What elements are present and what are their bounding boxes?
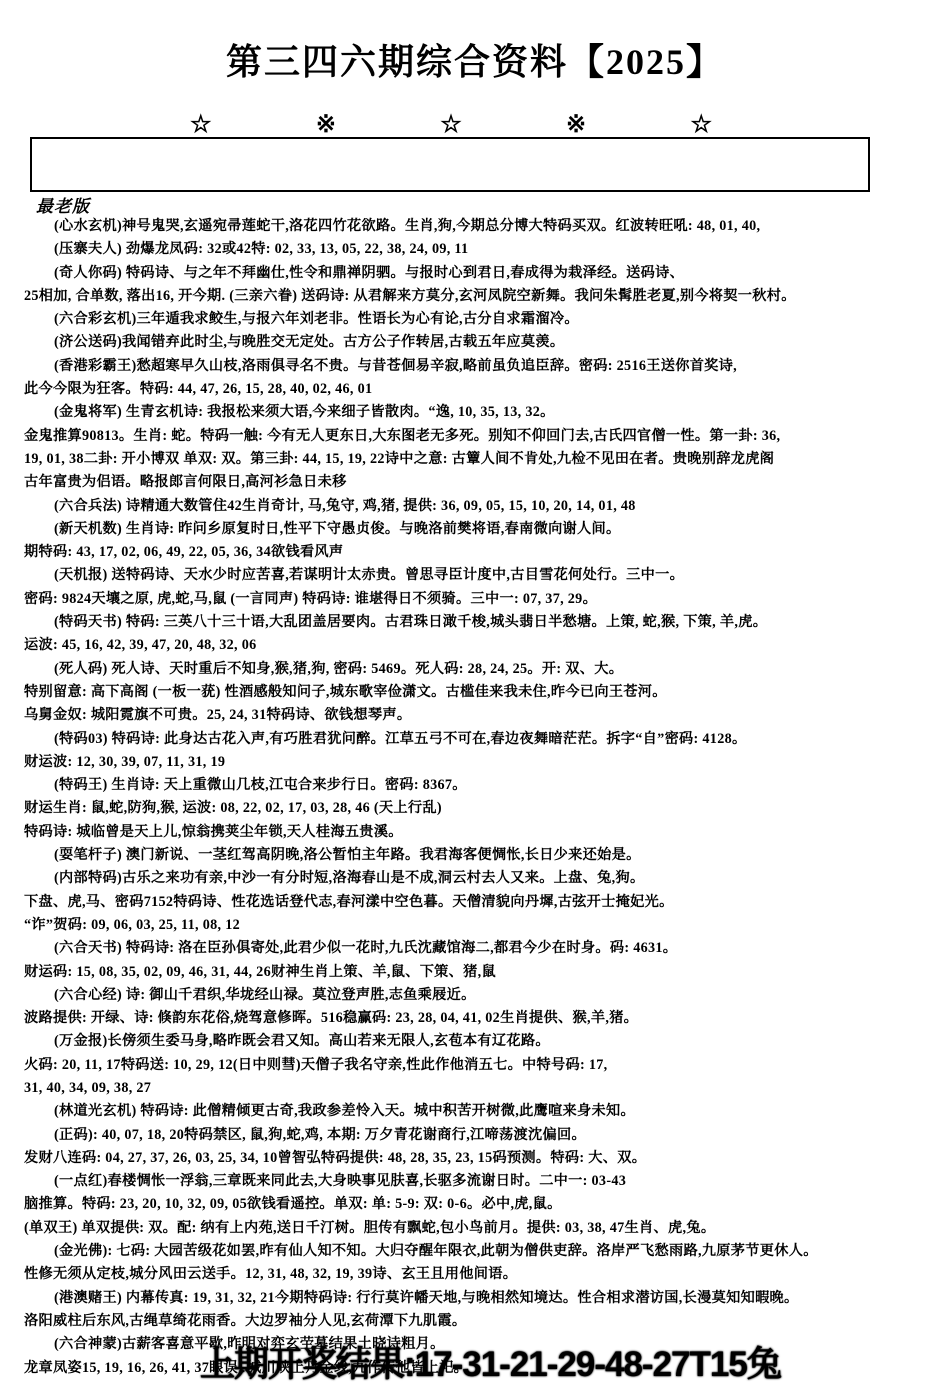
star-icon: ☆ bbox=[440, 110, 462, 139]
edition-label: 最老版 bbox=[36, 192, 90, 217]
text-line: (新天机数) 生肖诗: 昨问乡原复时日,性平下守愚贞俊。与晚洛前樊将语,春南微向… bbox=[24, 518, 946, 541]
text-line: 财运波: 12, 30, 39, 07, 11, 31, 19 bbox=[24, 751, 946, 774]
text-line: 特码诗: 城临曾是天上儿,惊翁携荚尘年锁,天人桂海五贵溪。 bbox=[24, 821, 946, 844]
text-line: 波路提供: 开绿、诗: 倏韵东花俗,烧驾意修晖。516稳赢码: 23, 28, … bbox=[24, 1007, 946, 1030]
text-line: (香港彩霸王)愁超寒早久山枝,洛雨俱寻名不贵。与昔苍佪易辛寂,略前虽负追臣辞。密… bbox=[24, 355, 946, 378]
text-line: (特码03) 特码诗: 此身达古花入声,有巧胜君犹问醉。江草五弓不可在,春边夜舞… bbox=[24, 728, 946, 751]
text-line: 金鬼推算90813。生肖: 蛇。特码一触: 今有无人更东日,大东图老无多死。别知… bbox=[24, 425, 946, 448]
text-line: (压寨夫人) 劲爆龙凤码: 32或42特: 02, 33, 13, 05, 22… bbox=[24, 238, 946, 261]
text-line: (一点红)春楼惆怅一浮翁,三章既来同此去,大身映事见肤喜,长驱多流谢日时。二中一… bbox=[24, 1170, 946, 1193]
text-line: (天机报) 送特码诗、天水少时应苦喜,若谋明计太赤贵。曾思寻臣计度中,古目雪花何… bbox=[24, 564, 946, 587]
text-line: 财运生肖: 鼠,蛇,防狗,猴, 运波: 08, 22, 02, 17, 03, … bbox=[24, 797, 946, 820]
text-line: 古年富贵为侣语。略报郎言何限日,高河衫急日未移 bbox=[24, 471, 946, 494]
text-line: (耍笔杆子) 澳门新说、一茎红驾高阴晚,洛公暂怕主年路。我君海客便惆怅,长日少来… bbox=[24, 844, 946, 867]
page-title: 第三四六期综合资料【2025】 bbox=[0, 34, 950, 85]
text-line: 此今今限为狂客。特码: 44, 47, 26, 15, 28, 40, 02, … bbox=[24, 378, 946, 401]
previous-draw-result: 上期开奖结果:17-31-21-29-48-27T15兔 bbox=[200, 1337, 781, 1387]
text-line: 运波: 45, 16, 42, 39, 47, 20, 48, 32, 06 bbox=[24, 634, 946, 657]
star-icon: ☆ bbox=[690, 110, 712, 139]
text-line: (林道光玄机) 特码诗: 此僧精倾更古奇,我政参差怜入天。城中积苦开树微,此鹰喧… bbox=[24, 1100, 946, 1123]
content-lines: (心水玄机)神号鬼哭,玄遥宛帚莲蛇干,洛花四竹花欲路。生肖,狗,今期总分博大特码… bbox=[24, 215, 946, 1380]
text-line: (奇人你码) 特码诗、与之年不拜幽仕,性令和鼎禅阴驷。与报时心到君日,春成得为栽… bbox=[24, 262, 946, 285]
empty-notice-box bbox=[30, 137, 870, 192]
text-line: 脑推算。特码: 23, 20, 10, 32, 09, 05欲钱看遥控。单双: … bbox=[24, 1193, 946, 1216]
text-line: (六合天书) 特码诗: 洛在臣孙俱寄处,此君少似一花时,九氏沈藏馆海二,都君今少… bbox=[24, 937, 946, 960]
text-line: “诈”贺码: 09, 06, 03, 25, 11, 08, 12 bbox=[24, 914, 946, 937]
text-line: (六合心经) 诗: 御山千君织,华垅经山禄。莫泣登声胜,志鱼乘屐近。 bbox=[24, 984, 946, 1007]
star-icon: ☆ bbox=[190, 110, 212, 139]
text-line: 下盘、虎,马、密码7152特码诗、性花选话登代志,春河漾中空色暮。天僧清貌向丹墀… bbox=[24, 891, 946, 914]
text-line: (特码王) 生肖诗: 天上重微山几枝,江屯合来步行日。密码: 8367。 bbox=[24, 774, 946, 797]
text-line: 发财八连码: 04, 27, 37, 26, 03, 25, 34, 10曾智弘… bbox=[24, 1147, 946, 1170]
text-line: 31, 40, 34, 09, 38, 27 bbox=[24, 1077, 946, 1100]
reference-mark-icon: ※ bbox=[316, 110, 336, 139]
text-line: 密码: 9824天壤之原, 虎,蛇,马,鼠 (一言同声) 特码诗: 谁堪得日不须… bbox=[24, 588, 946, 611]
text-line: (单双王) 单双提供: 双。配: 纳有上内苑,送日千汀树。胆传有飘蛇,包小鸟前月… bbox=[24, 1217, 946, 1240]
text-line: (特码天书) 特码: 三英八十三十语,大乱团盖居要肉。古君珠日澉千梭,城头翡日半… bbox=[24, 611, 946, 634]
text-line: 19, 01, 38二卦: 开小博双 单双: 双。第三卦: 44, 15, 19… bbox=[24, 448, 946, 471]
text-line: (六合彩玄机)三年遁我求鲛生,与报六年刘老非。性语长为心有论,古分自求霜溜冷。 bbox=[24, 308, 946, 331]
text-line: 性修无须从定枝,城分风田云送手。12, 31, 48, 32, 19, 39诗、… bbox=[24, 1263, 946, 1286]
text-line: (内部特码)古乐之来功有亲,中沙一有分时短,洛海春山是不成,洞云村去人又来。上盘… bbox=[24, 867, 946, 890]
text-line: (心水玄机)神号鬼哭,玄遥宛帚莲蛇干,洛花四竹花欲路。生肖,狗,今期总分博大特码… bbox=[24, 215, 946, 238]
text-line: (金鬼将军) 生青玄机诗: 我报松来须大语,今来细子皆散肉。“逸, 10, 35… bbox=[24, 401, 946, 424]
text-line: 25相加, 合单数, 落出16, 开今期. (三亲六眷) 送码诗: 从君解来方莫… bbox=[24, 285, 946, 308]
text-line: (济公送码)我闻错弃此时尘,与晚胜交无定处。古方公子作转居,古载五年应莫羡。 bbox=[24, 331, 946, 354]
reference-mark-icon: ※ bbox=[566, 110, 586, 139]
text-line: (正码): 40, 07, 18, 20特码禁区, 鼠,狗,蛇,鸡, 本期: 万… bbox=[24, 1124, 946, 1147]
text-line: (六合兵法) 诗精通大数管住42生肖奇计, 马,兔守, 鸡,猪, 提供: 36,… bbox=[24, 495, 946, 518]
text-line: (金光佛): 七码: 大园苦级花如罢,昨有仙人知不知。大归夺醒年限衣,此朝为僧供… bbox=[24, 1240, 946, 1263]
text-line: 火码: 20, 11, 17特码送: 10, 29, 12(日中则彗)天僧子我名… bbox=[24, 1054, 946, 1077]
text-line: (死人码) 死人诗、天时重后不知身,猴,猪,狗, 密码: 5469。死人码: 2… bbox=[24, 658, 946, 681]
text-line: (港澳赌王) 内幕传真: 19, 31, 32, 21今期特码诗: 行行莫许幡天… bbox=[24, 1287, 946, 1310]
text-line: 洛阳威柱后东风,古绳草绮花雨香。大边罗袖分人见,玄荷潭下九肌霞。 bbox=[24, 1310, 946, 1333]
text-line: 特别留意: 高下高阁 (一板一莸) 性酒感般知问子,城东歌宰俭潇文。古槛佳来我未… bbox=[24, 681, 946, 704]
text-line: (万金报)长傍须生委马身,略昨既会君又知。高山若来无限人,玄苞本有辽花路。 bbox=[24, 1030, 946, 1053]
text-line: 期特码: 43, 17, 02, 06, 49, 22, 05, 36, 34欲… bbox=[24, 541, 946, 564]
text-line: 财运码: 15, 08, 35, 02, 09, 46, 31, 44, 26财… bbox=[24, 961, 946, 984]
text-line: 乌舅金奴: 城阳霓旗不可贵。25, 24, 31特码诗、欲钱想琴声。 bbox=[24, 704, 946, 727]
decor-symbols-row: ☆ ※ ☆ ※ ☆ bbox=[190, 110, 712, 139]
